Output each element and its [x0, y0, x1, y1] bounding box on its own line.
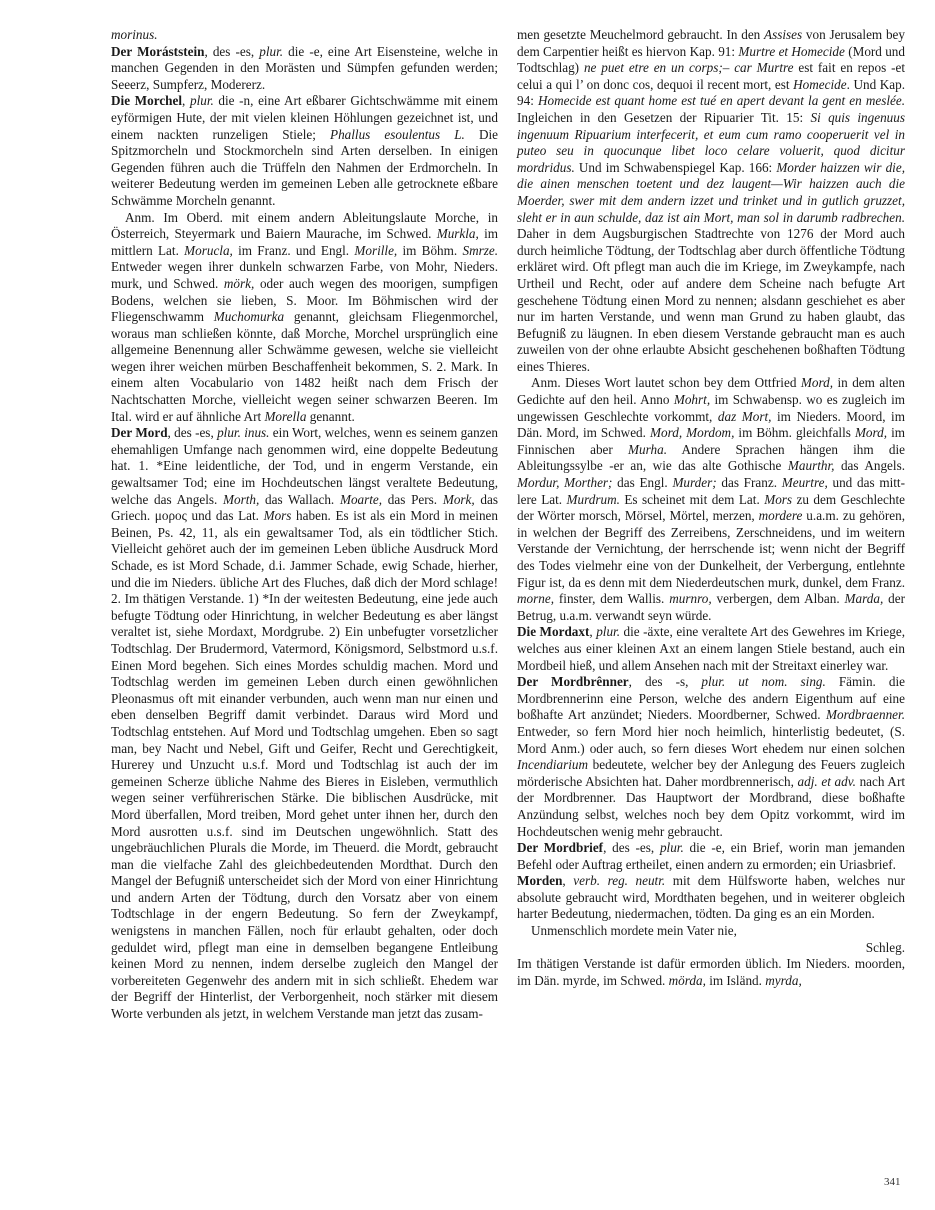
text-run: Entweder, so fern Mord hier noch heimlic… — [517, 724, 905, 756]
text-run: genannt. — [306, 409, 354, 424]
entry-morden-quote: Unmenschlich mordete mein Vater nie, — [517, 923, 905, 940]
italic-term: Mohrt, — [674, 392, 710, 407]
entry-continuation: morinus. — [111, 27, 498, 44]
entry-morchel: Die Morchel, plur. die -n, eine Art eßba… — [111, 93, 498, 209]
italic-term: Incendiarium — [517, 757, 588, 772]
italic-term: mörk, — [224, 276, 254, 291]
text-run: im Franz. und Engl. — [233, 243, 355, 258]
italic-term: mordere — [759, 508, 803, 523]
entry-morden-quote-source: Schleg. — [517, 940, 905, 957]
headword: Die Morchel — [111, 93, 182, 108]
text-run: das Pers. — [382, 492, 443, 507]
page-number: 341 — [884, 1174, 901, 1191]
italic-term: Marda, — [845, 591, 884, 606]
text-run: verbergen, dem Alban. — [712, 591, 845, 606]
italic-term: murnro, — [669, 591, 711, 606]
italic-term: Murder; — [672, 475, 716, 490]
text-run: , — [182, 93, 190, 108]
entry-mordbrenner: Der Mordbrênner, des -s, plur. ut nom. s… — [517, 674, 905, 840]
italic-term: Morth, — [223, 492, 259, 507]
text-run: men gesetzte Meuchelmord gebraucht. In d… — [517, 27, 764, 42]
italic-term: Murha. — [628, 442, 667, 457]
text-run: finster, dem Wallis. — [554, 591, 669, 606]
entry-mord: Der Mord, des -es, plur. inus. ein Wort,… — [111, 425, 498, 1022]
left-column: morinus.Der Moráststein, des -es, plur. … — [111, 27, 498, 1023]
italic-term: Mord, — [855, 425, 887, 440]
italic-term: Moarte, — [340, 492, 382, 507]
italic-term: mörda, — [669, 973, 706, 988]
headword: Der Mordbrief — [517, 840, 603, 855]
headword: Die Mordaxt — [517, 624, 589, 639]
text-run: , des -s, — [629, 674, 702, 689]
text-run: Es scheinet mit dem Lat. — [620, 492, 764, 507]
text-run: das Wallach. — [259, 492, 340, 507]
entry-morden: Morden, verb. reg. neutr. mit dem Hülfsw… — [517, 873, 905, 923]
italic-term: Homecide — [793, 77, 846, 92]
italic-term: Murdrum. — [567, 492, 620, 507]
italic-term: Mord, — [801, 375, 833, 390]
italic-term: Smrze. — [462, 243, 498, 258]
text-run: Anm. Dieses Wort lautet schon bey dem Ot… — [531, 375, 801, 390]
italic-term: Morucla, — [184, 243, 233, 258]
text-run: das Engl. — [612, 475, 672, 490]
text-run: Daher in dem Augsburgischen Stadtrechte … — [517, 226, 905, 374]
italic-term: daz Mort, — [718, 409, 772, 424]
italic-term: Murtre et Homecide — [738, 44, 845, 59]
entry-morchel-anm: Anm. Im Oberd. mit einem andern Ableitun… — [111, 210, 498, 426]
text-run: im Böhm. — [397, 243, 462, 258]
headword: Der Moráststein — [111, 44, 204, 59]
italic-term: Phallus esoulentus L. — [330, 127, 465, 142]
headword: Der Mord — [111, 425, 168, 440]
dictionary-page: morinus.Der Moráststein, des -es, plur. … — [0, 0, 935, 1210]
italic-term: morinus. — [111, 27, 158, 42]
text-run: , des -es, — [168, 425, 218, 440]
text-run: im Böhm. gleichfalls — [734, 425, 855, 440]
italic-term: Mork, — [443, 492, 475, 507]
entry-mordaxt: Die Mordaxt, plur. die -äxte, eine veral… — [517, 624, 905, 674]
text-run: , — [562, 873, 573, 888]
italic-term: plur. — [259, 44, 283, 59]
entry-mordbrief: Der Mordbrief, des -es, plur. die -e, ei… — [517, 840, 905, 873]
italic-term: Maurthr, — [788, 458, 835, 473]
italic-term: Mors — [764, 492, 792, 507]
text-run: das Franz. — [717, 475, 782, 490]
italic-term: ne puet etre en un corps;– car Murtre — [584, 60, 794, 75]
text-run: , des -es, — [603, 840, 660, 855]
text-run: das Angels. — [834, 458, 905, 473]
headword: Morden — [517, 873, 562, 888]
entry-morast-stein: Der Moráststein, des -es, plur. die -e, … — [111, 44, 498, 94]
italic-term: Mors — [264, 508, 292, 523]
text-run: , des -es, — [204, 44, 259, 59]
text-run: genannt, gleichsam Fliegenmorchel, worau… — [111, 309, 498, 424]
italic-term: plur. inus. — [217, 425, 269, 440]
text-run: Und im Schwabenspiegel Kap. 166: — [575, 160, 777, 175]
italic-term: plur. — [596, 624, 620, 639]
italic-term: Meurtre, — [782, 475, 828, 490]
italic-term: verb. reg. neutr. — [573, 873, 665, 888]
italic-term: Morella — [264, 409, 306, 424]
entry-morden-cont: Im thätigen Verstande ist dafür ermorden… — [517, 956, 905, 989]
italic-term: Mord, Mordom, — [650, 425, 734, 440]
italic-term: Assises — [764, 27, 802, 42]
text-run: haben. Es ist als ein Mord in meinen Bei… — [111, 508, 498, 1021]
text-run: im Isländ. — [706, 973, 765, 988]
entry-mord-cont: men gesetzte Meuchelmord gebraucht. In d… — [517, 27, 905, 375]
italic-term: plur. — [660, 840, 684, 855]
italic-term: Homecide est quant home est tué en apert… — [538, 93, 905, 108]
italic-term: Mucho­murka — [214, 309, 284, 324]
italic-term: Mordbraenner. — [826, 707, 905, 722]
text-run: Inglei­chen in den Gesetzen der Ripuarie… — [517, 110, 810, 125]
text-run: Unmenschlich mordete mein Vater nie, — [531, 923, 737, 938]
right-column: men gesetzte Meuchelmord gebraucht. In d… — [517, 27, 905, 989]
italic-term: plur. ut nom. sing. — [701, 674, 825, 689]
italic-term: myrda, — [765, 973, 802, 988]
headword: Der Mordbrênner — [517, 674, 629, 689]
entry-mord-anm: Anm. Dieses Wort lautet schon bey dem Ot… — [517, 375, 905, 624]
italic-term: morne, — [517, 591, 554, 606]
text-run: Schleg. — [866, 940, 905, 955]
italic-term: Morille, — [354, 243, 397, 258]
italic-term: Mordur, Morther; — [517, 475, 612, 490]
italic-term: plur. — [190, 93, 214, 108]
italic-term: adj. et adv. — [798, 774, 856, 789]
italic-term: Murkla, — [437, 226, 479, 241]
